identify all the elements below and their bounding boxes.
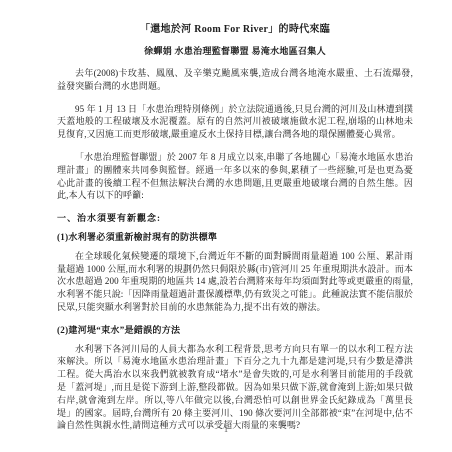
document-page: 「還地於河 Room For River」的時代來臨 徐蟬娟 水患治理監督聯盟 … bbox=[0, 0, 452, 452]
paragraph-special-act: 95 年 1 月 13 日「水患治理特別條例」於立法院通過後,只見台灣的河川及山… bbox=[57, 103, 413, 141]
paragraph-intro-typhoons: 去年(2008)卡玫基、鳳凰、及辛樂克颱風來襲,造成台灣各地淹水嚴重、土石流爆發… bbox=[57, 67, 413, 93]
document-title: 「還地於河 Room For River」的時代來臨 bbox=[57, 23, 413, 36]
page-number: 1 bbox=[0, 425, 452, 434]
subsection-heading-flood-standard: (1)水利署必須重新檢討現有的防洪標準 bbox=[57, 231, 413, 244]
paragraph-levee-wrong-body: 水利署下各河川局的人員大都為水利工程背景,思考方向只有單一的以水利工程方法來解決… bbox=[57, 343, 413, 433]
document-content: 「還地於河 Room For River」的時代來臨 徐蟬娟 水患治理監督聯盟 … bbox=[57, 23, 413, 442]
paragraph-alliance-history: 「水患治理監督聯盟」於 2007 年 8 月成立以來,串聯了各地關心「易淹水地區… bbox=[57, 151, 413, 202]
subsection-heading-levee-wrong: (2)建河堤“束水”是錯誤的方法 bbox=[57, 324, 413, 337]
section-heading-new-concepts: 一、治水須要有新觀念: bbox=[57, 212, 413, 225]
author-line: 徐蟬娟 水患治理監督聯盟 易淹水地區召集人 bbox=[57, 45, 413, 57]
paragraph-flood-standard-body: 在全球暖化氣候變遷的環境下,台灣近年不斷的面對瞬間雨量超過 100 公厘、累計雨… bbox=[57, 250, 413, 314]
